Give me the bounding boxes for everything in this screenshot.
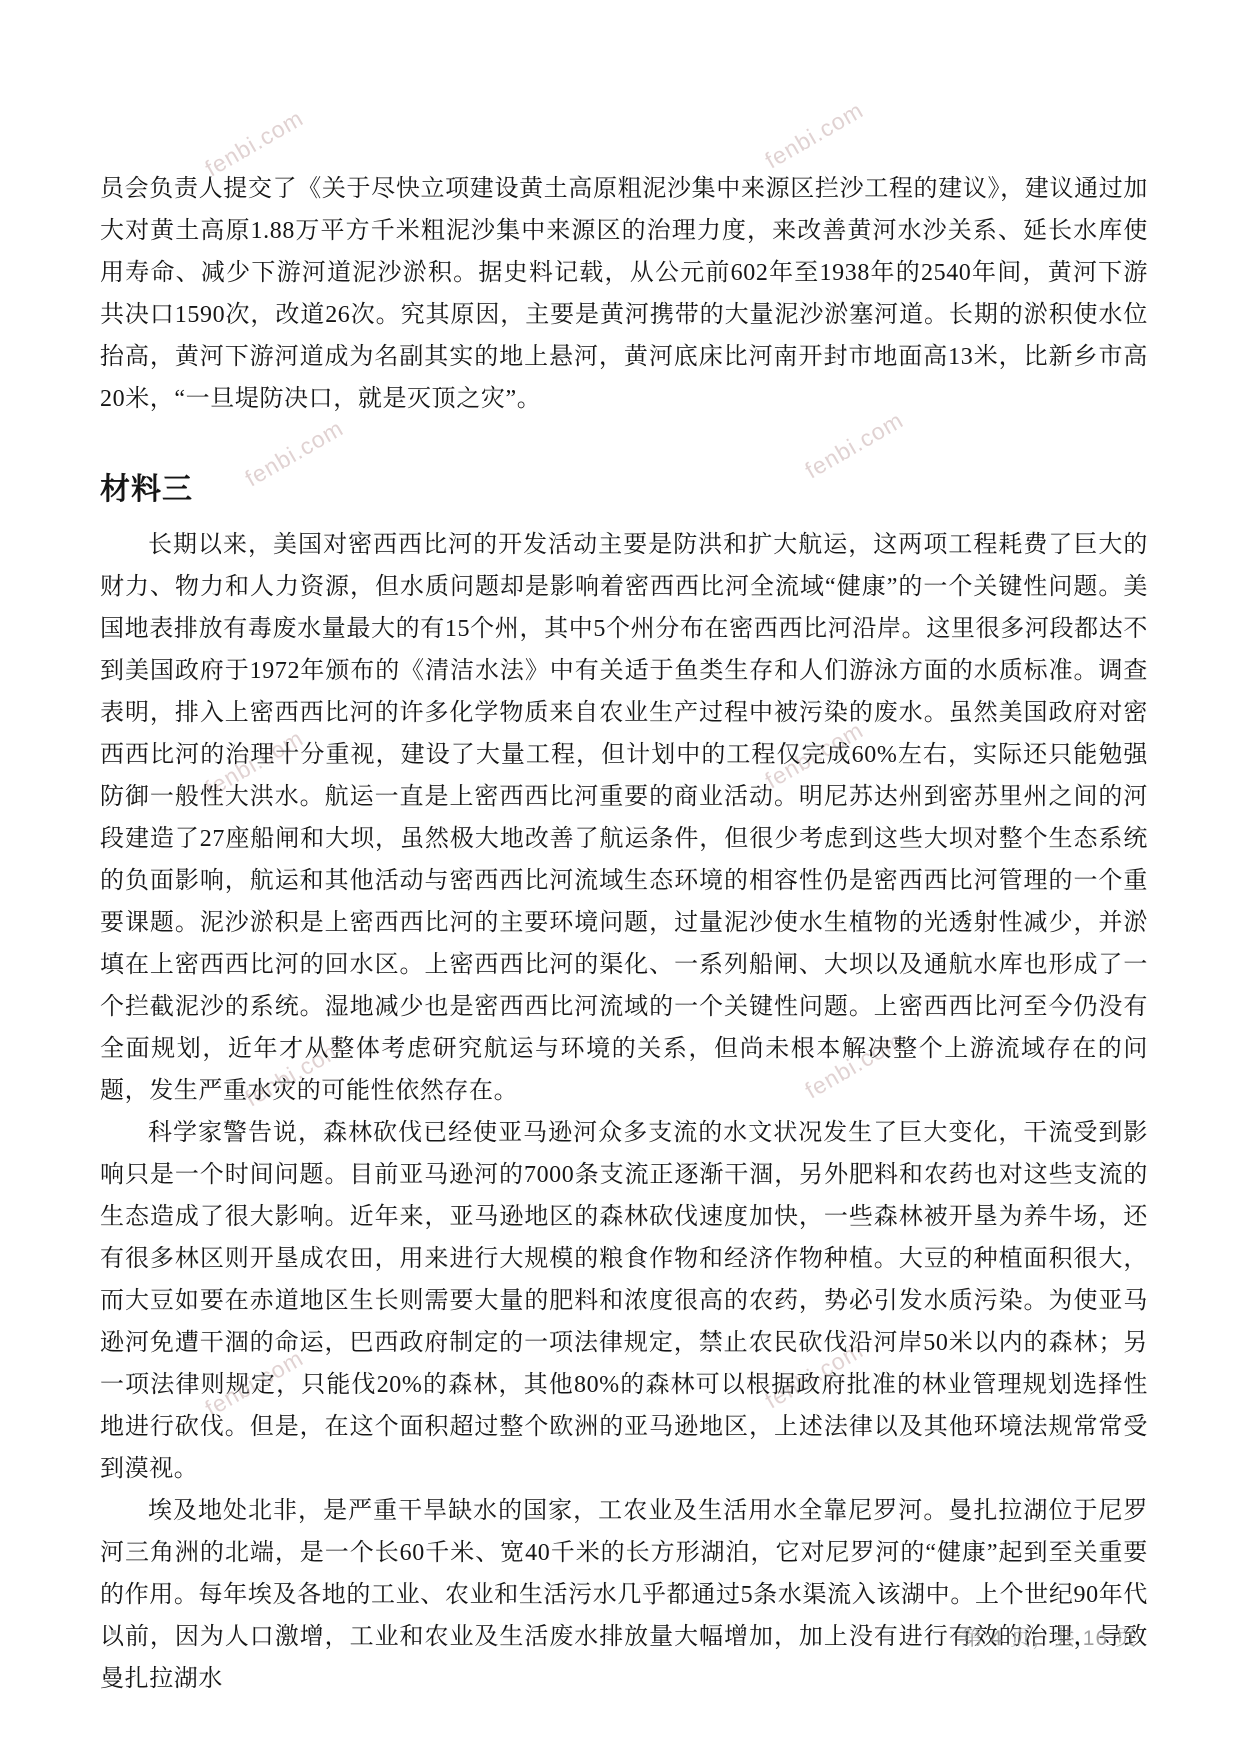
paragraph-mississippi: 长期以来，美国对密西西比河的开发活动主要是防洪和扩大航运，这两项工程耗费了巨大的… bbox=[100, 524, 1148, 1112]
section-heading-material-3: 材料三 bbox=[100, 470, 1148, 510]
paragraph-nile: 埃及地处北非，是严重干旱缺水的国家，工农业及生活用水全靠尼罗河。曼扎拉湖位于尼罗… bbox=[100, 1490, 1148, 1700]
page-number-label: 第 4 页，共 16 页 bbox=[962, 1622, 1137, 1652]
paragraph-amazon: 科学家警告说，森林砍伐已经使亚马逊河众多支流的水文状况发生了巨大变化，干流受到影… bbox=[100, 1112, 1148, 1490]
paragraph-yellow-river-continuation: 员会负责人提交了《关于尽快立项建设黄土高原粗泥沙集中来源区拦沙工程的建议》，建议… bbox=[100, 168, 1148, 420]
footer-marker-dot bbox=[111, 1630, 116, 1635]
document-page: 员会负责人提交了《关于尽快立项建设黄土高原粗泥沙集中来源区拦沙工程的建议》，建议… bbox=[0, 0, 1240, 1700]
